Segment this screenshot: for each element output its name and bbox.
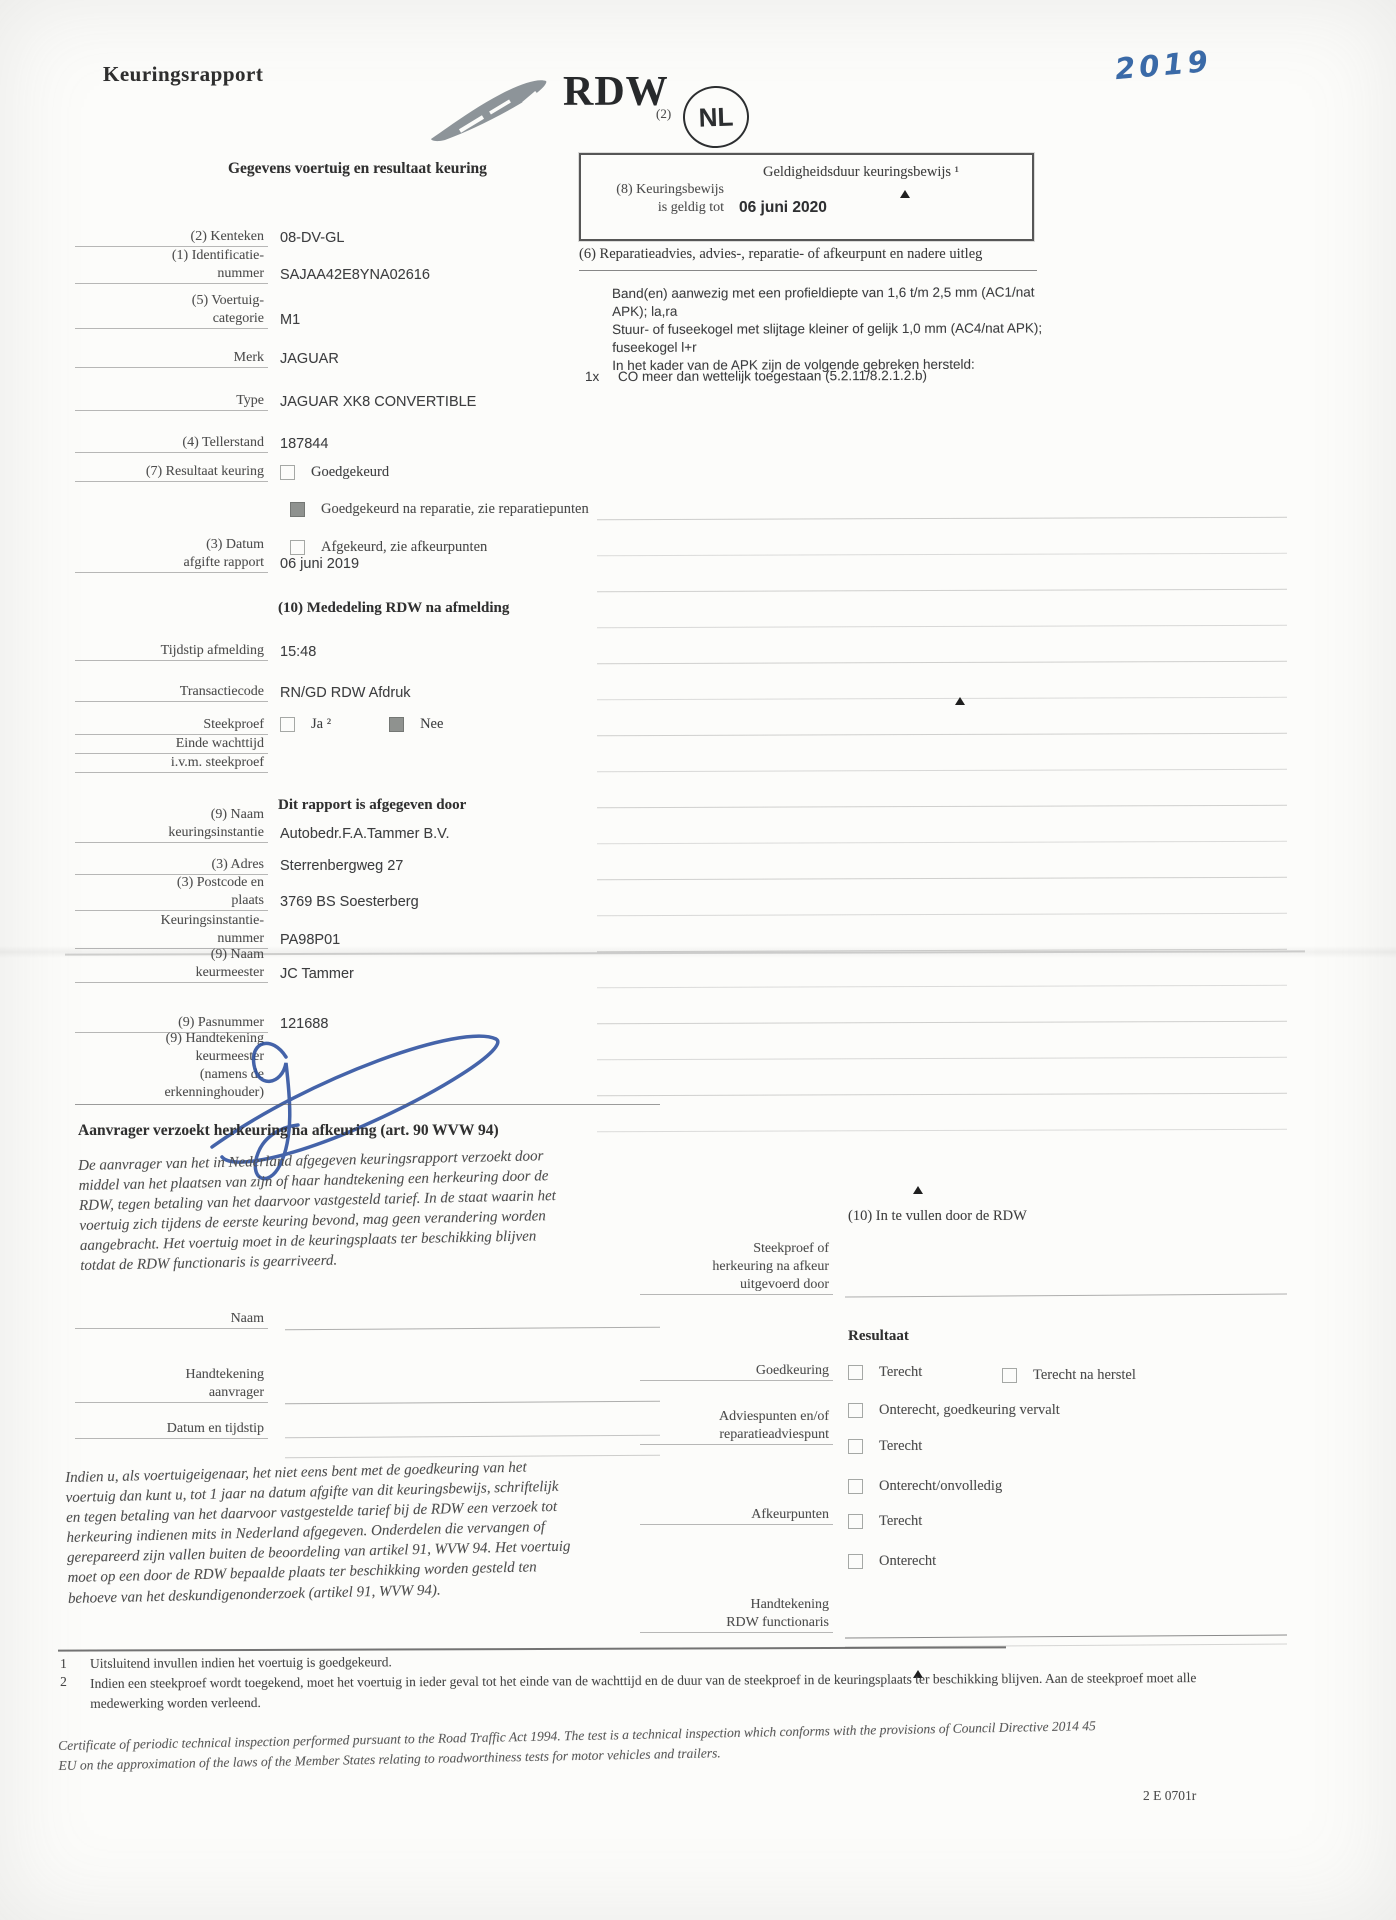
keuringsrapport-scan: Keuringsrapport RDW (2) NL 2019 Gegevens… [0,0,1396,1920]
option-row: Terecht [848,1513,922,1530]
certificate-statement: Certificate of periodic technical inspec… [58,1716,1099,1775]
option-label-goedgekeurd-na-reparatie: Goedgekeurd na reparatie, zie reparatiep… [321,501,589,518]
field-value-datum-afgifte: 06 juni 2019 [280,556,359,573]
checkbox-goedgekeurd[interactable] [280,465,295,480]
field-label: keurmeester [75,964,268,983]
field-label: Naam [75,1310,268,1329]
section-heading-vehicle: Gegevens voertuig en resultaat keuring [228,160,487,178]
field-label-handtekening-aanvrager: Handtekening aanvrager [75,1366,268,1403]
field-row-postcode-plaats: (3) Postcode en plaats 3769 BS Soesterbe… [75,874,660,911]
advies-line: Band(en) aanwezig met een profieldiepte … [612,283,1064,320]
checkbox-adviespunten-terecht[interactable] [848,1439,863,1454]
field-row-adres: (3) Adres Sterrenbergweg 27 [75,856,660,875]
herkeuring-paragraph-2: Indien u, als voertuigeigenaar, het niet… [65,1456,576,1608]
field-row-identificatienummer: (1) Identificatie- nummer SAJAA42E8YNA02… [75,247,660,284]
field-value-adres: Sterrenbergweg 27 [280,858,403,875]
geldigheid-box: Geldigheidsduur keuringsbewijs ¹ (8) Keu… [579,153,1034,241]
field-value-keurmeester: JC Tammer [280,966,354,983]
field-label: (9) Naam [75,806,268,824]
field-row-tellerstand: (4) Tellerstand 187844 [75,434,660,453]
page-title: Keuringsrapport [103,62,263,87]
field-row-transactiecode: Transactiecode RN/GD RDW Afdruk [75,683,660,702]
nl-badge-label: NL [698,101,734,133]
blank-line[interactable] [597,661,1287,664]
field-label: (1) Identificatie- [75,247,268,265]
field-label: Einde wachttijd [75,735,268,754]
field-row-type: Type JAGUAR XK8 CONVERTIBLE [75,392,660,411]
field-label: afgifte rapport [75,554,268,573]
field-value-keuringsinstantie: Autobedr.F.A.Tammer B.V. [280,826,450,843]
field-label: Type [75,392,268,411]
nl-country-badge: NL [682,85,750,149]
field-label-uitgevoerd-door: Steekproef of herkeuring na afkeur uitge… [640,1240,833,1295]
option-label-ja: Ja ² [311,716,331,733]
option-label-terecht: Terecht [879,1438,922,1455]
rdw-feather-logo-icon [428,78,550,144]
fold-mark [955,697,965,705]
field-row-kenteken: (2) Kenteken 08-DV-GL [75,228,660,247]
blank-line[interactable] [597,841,1287,844]
field-label: i.v.m. steekproef [75,754,268,773]
field-value-tellerstand: 187844 [280,436,328,453]
field-label: (4) Tellerstand [75,434,268,453]
option-label-nee: Nee [420,716,443,733]
field-label: (2) Kenteken [75,228,268,247]
signature-line[interactable] [285,1401,660,1405]
checkbox-afkeurpunten-terecht[interactable] [848,1514,863,1529]
footnote-number: 2 [60,1674,90,1713]
divider-line [75,1104,660,1105]
repair-item-qty: 1x [585,368,599,386]
fold-mark [913,1186,923,1194]
option-label-terecht-na-herstel: Terecht na herstel [1033,1367,1136,1384]
signature-line[interactable] [285,1435,660,1439]
blank-line[interactable] [597,517,1287,520]
repair-item-text: CO meer dan wettelijk toegestaan (5.2.11… [618,366,1078,386]
field-label: categorie [75,310,268,329]
field-label-handtekening-rdw: Handtekening RDW functionaris [640,1596,833,1633]
field-label-adviespunten: Adviespunten en/of reparatieadviespunt [640,1408,833,1445]
section-heading-mededeling: (10) Mededeling RDW na afmelding [278,600,509,617]
field-value-merk: JAGUAR [280,351,339,368]
option-row: Terecht na herstel [1002,1367,1136,1384]
signature-line[interactable] [845,1293,1287,1297]
option-row: Onterecht, goedkeuring vervalt [848,1402,1060,1419]
field-label: RDW functionaris [640,1614,833,1633]
footnote-text: Indien een steekproef wordt toegekend, m… [90,1668,1220,1713]
field-label: reparatieadviespunt [640,1426,833,1445]
field-value-postcode-plaats: 3769 BS Soesterberg [280,894,419,911]
field-label-naam: Naam [75,1310,268,1329]
field-label: plaats [75,892,268,911]
blank-line[interactable] [597,589,1287,592]
checkbox-goedkeuring-terecht[interactable] [848,1365,863,1380]
field-label: Afkeurpunten [640,1506,833,1525]
field-label: uitgevoerd door [640,1276,833,1295]
field-label: Tijdstip afmelding [75,642,268,661]
advies-line: Stuur- of fuseekogel met slijtage kleine… [612,319,1064,356]
field-label: Handtekening [640,1596,833,1614]
field-value-type: JAGUAR XK8 CONVERTIBLE [280,394,476,411]
blank-line[interactable] [597,985,1287,988]
field-label: herkeuring na afkeur [640,1258,833,1276]
field-row-keuringsinstantienummer: Keuringsinstantie- nummer PA98P01 [75,912,660,949]
field-number-2: (2) [656,106,671,122]
checkbox-afkeurpunten-onterecht[interactable] [848,1554,863,1569]
field-label: aanvrager [75,1384,268,1403]
field-row-tijdstip-afmelding: Tijdstip afmelding 15:48 [75,642,660,661]
field-row-voertuigcategorie: (5) Voertuig- categorie M1 [75,292,660,329]
option-row: Terecht [848,1438,922,1455]
field-label: Goedkeuring [640,1362,833,1381]
field-label: Steekproef [75,716,268,735]
blank-line[interactable] [597,733,1287,736]
field-row-steekproef: Steekproef Einde wachttijd i.v.m. steekp… [75,716,660,773]
field-label: (3) Adres [75,856,268,875]
field-row-resultaat-keuring: (7) Resultaat keuring Goedgekeurd [75,463,660,482]
rdw-wordmark: RDW [563,68,669,116]
field-label: Steekproef of [640,1240,833,1258]
checkbox-terecht-na-herstel[interactable] [1002,1368,1017,1383]
field-label: Merk [75,349,268,368]
field-label: (5) Voertuig- [75,292,268,310]
field-label: (7) Resultaat keuring [75,463,268,482]
field-value-transactiecode: RN/GD RDW Afdruk [280,685,411,702]
field-row-naam-keurmeester: (9) Naam keurmeester JC Tammer [75,946,660,983]
blank-line[interactable] [597,625,1287,628]
field-label: keuringsinstantie [75,824,268,843]
signature-line[interactable] [285,1327,660,1331]
footnotes: 1 Uitsluitend invullen indien het voertu… [60,1650,1225,1713]
blank-line[interactable] [597,1057,1287,1060]
field-label-datum-tijdstip: Datum en tijdstip [75,1420,268,1439]
checkbox-onterecht-goedkeuring-vervalt[interactable] [848,1403,863,1418]
fold-mark [900,190,910,198]
blank-line[interactable] [597,553,1287,556]
blank-line[interactable] [597,1093,1287,1096]
field-label: Transactiecode [75,683,268,702]
blank-line[interactable] [597,913,1287,916]
blank-line[interactable] [597,769,1287,772]
field-label: Handtekening [75,1366,268,1384]
blank-line[interactable] [597,877,1287,880]
field-value-geldig-tot: 06 juni 2020 [739,199,827,217]
checkbox-goedgekeurd-na-reparatie[interactable] [290,502,305,517]
field-value-voertuigcategorie: M1 [280,312,300,329]
option-row: Onterecht [848,1553,936,1570]
section-heading-rdw: (10) In te vullen door de RDW [848,1208,1027,1225]
option-row: Terecht [848,1364,922,1381]
option-label-terecht: Terecht [879,1364,922,1381]
blank-line[interactable] [597,1129,1287,1132]
field-label: (8) Keuringsbewijs [554,182,724,198]
option-row: Goedgekeurd na reparatie, zie reparatiep… [290,501,589,518]
option-label-onterecht: Onterecht [879,1553,936,1570]
section-heading-resultaat: Resultaat [848,1328,909,1345]
field-label: (3) Datum [75,536,268,554]
option-row: Onterecht/onvolledig [848,1478,1002,1495]
field-label: nummer [75,265,268,284]
field-label: (9) Naam [75,946,268,964]
checkbox-steekproef-nee[interactable] [389,717,404,732]
signature-line[interactable] [845,1634,1287,1638]
field-label: is geldig tot [554,200,724,216]
field-value-kenteken: 08-DV-GL [280,230,344,247]
section-heading-reparatieadvies: (6) Reparatieadvies, advies-, reparatie-… [579,246,1037,271]
field-row-datum-afgifte: (3) Datum afgifte rapport 06 juni 2019 [75,536,660,573]
herkeuring-paragraph: De aanvrager van het in Nederland afgege… [78,1146,574,1277]
field-label: Adviespunten en/of [640,1408,833,1426]
field-label-afkeurpunten: Afkeurpunten [640,1506,833,1525]
checkbox-steekproef-ja[interactable] [280,717,295,732]
checkbox-onterecht-onvolledig[interactable] [848,1479,863,1494]
form-code: 2 E 0701r [1143,1788,1196,1804]
footnote-number: 1 [60,1656,90,1672]
field-value-tijdstip: 15:48 [280,644,316,661]
blank-line[interactable] [597,805,1287,808]
field-value-identificatienummer: SAJAA42E8YNA02616 [280,267,430,284]
blank-line[interactable] [597,697,1287,700]
field-label-goedkeuring: Goedkeuring [640,1362,833,1381]
handwritten-year: 2019 [1114,44,1213,86]
section-heading-herkeuring: Aanvrager verzoekt herkeuring na afkeuri… [78,1122,648,1140]
field-label: Datum en tijdstip [75,1420,268,1439]
field-label: (3) Postcode en [75,874,268,892]
option-label-onterecht-onvolledig: Onterecht/onvolledig [879,1478,1002,1495]
option-label-goedgekeurd: Goedgekeurd [311,464,389,481]
field-row-merk: Merk JAGUAR [75,349,660,368]
field-label: Keuringsinstantie- [75,912,268,930]
field-row-naam-keuringsinstantie: (9) Naam keuringsinstantie Autobedr.F.A.… [75,806,660,843]
blank-line[interactable] [597,1021,1287,1024]
geldigheid-box-title: Geldigheidsduur keuringsbewijs ¹ [701,164,1021,181]
option-label-onterecht-goedkeuring-vervalt: Onterecht, goedkeuring vervalt [879,1402,1060,1419]
option-label-terecht: Terecht [879,1513,922,1530]
advies-text: Band(en) aanwezig met een profieldiepte … [612,283,1064,374]
